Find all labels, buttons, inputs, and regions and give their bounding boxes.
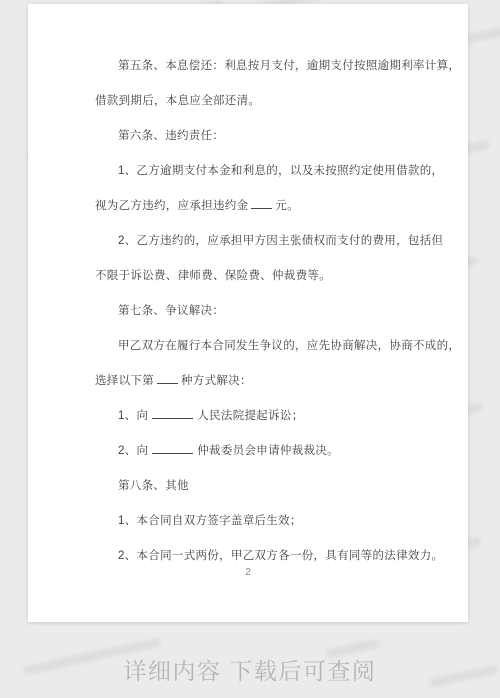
contract-line: 1、向人民法院提起诉讼；: [95, 399, 450, 434]
contract-line: 1、本合同自双方签字盖章后生效；: [95, 504, 450, 539]
contract-clause-heading: 第七条、争议解决：: [95, 294, 450, 329]
contract-line: 2、乙方违约的，应承担甲方因主张债权而支付的费用，包括但: [95, 224, 450, 259]
line-text: 2、向: [118, 445, 148, 457]
preview-canvas: 第五条、本息偿还：利息按月支付，逾期支付按照逾期利率计算， 借款到期后，本息应全…: [0, 0, 500, 698]
contract-line: 选择以下第种方式解决：: [95, 364, 450, 399]
contract-line: 视为乙方违约，应承担违约金元。: [95, 189, 450, 224]
line-text: 选择以下第: [95, 375, 154, 387]
document-page: 第五条、本息偿还：利息按月支付，逾期支付按照逾期利率计算， 借款到期后，本息应全…: [28, 4, 468, 622]
contract-clause-heading: 第六条、违约责任：: [95, 119, 450, 154]
page-number: 2: [28, 567, 468, 578]
line-text: 仲裁委员会申请仲裁裁决。: [197, 445, 339, 457]
document-content: 第五条、本息偿还：利息按月支付，逾期支付按照逾期利率计算， 借款到期后，本息应全…: [95, 49, 450, 574]
line-text: 元。: [275, 200, 299, 212]
footer-caption: 详细内容 下载后可查阅: [0, 653, 500, 686]
line-text: 人民法院提起诉讼；: [197, 410, 303, 422]
line-text: 种方式解决：: [181, 375, 252, 387]
line-text: 1、向: [118, 410, 148, 422]
fill-in-blank: [251, 197, 272, 209]
line-text: 视为乙方违约，应承担违约金: [95, 200, 248, 212]
contract-line: 2、向仲裁委员会申请仲裁裁决。: [95, 434, 450, 469]
fill-in-blank: [152, 407, 193, 419]
contract-line: 不限于诉讼费、律师费、保险费、仲裁费等。: [95, 259, 450, 294]
contract-line: 1、乙方逾期支付本金和利息的，以及未按照约定使用借款的，: [95, 154, 450, 189]
contract-clause-heading: 第八条、其他: [95, 469, 450, 504]
contract-line: 借款到期后，本息应全部还清。: [95, 84, 450, 119]
fill-in-blank: [157, 372, 178, 384]
contract-line: 甲乙双方在履行本合同发生争议的，应先协商解决，协商不成的，: [95, 329, 450, 364]
fill-in-blank: [152, 442, 193, 454]
contract-line: 第五条、本息偿还：利息按月支付，逾期支付按照逾期利率计算，: [95, 49, 450, 84]
